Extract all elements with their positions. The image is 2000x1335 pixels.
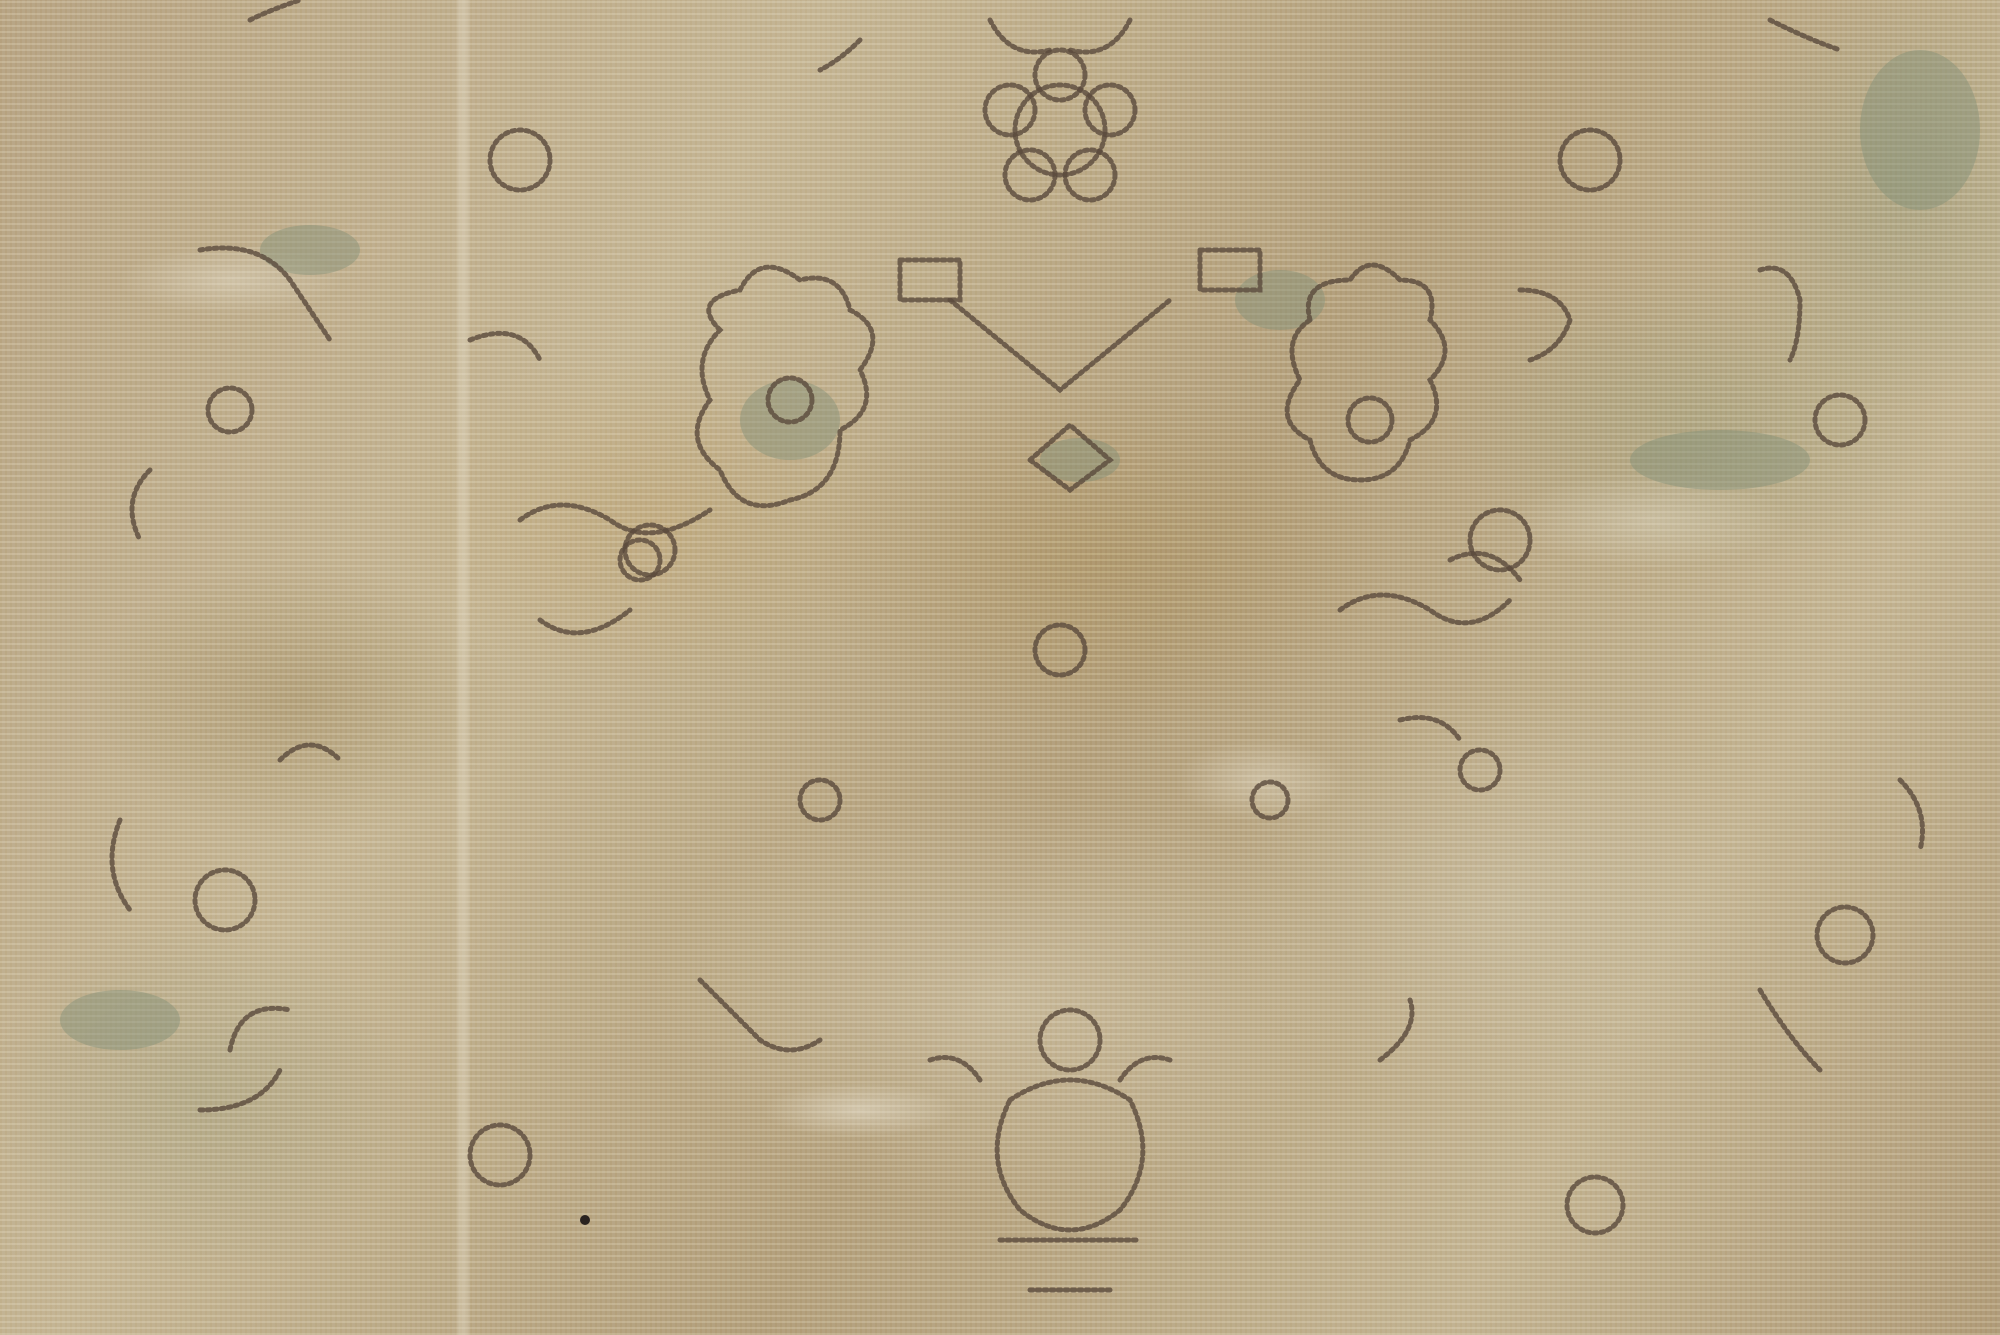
central-flower-medallion	[900, 20, 1260, 390]
rug-pattern	[0, 0, 2000, 1335]
right-palmette	[1287, 265, 1530, 623]
bottom-flower-medallion	[930, 1010, 1170, 1290]
small-rosettes	[195, 130, 1873, 1233]
scroll-vines	[112, 0, 1923, 1110]
rug-photograph	[0, 0, 2000, 1335]
dark-fleck	[580, 1215, 590, 1225]
